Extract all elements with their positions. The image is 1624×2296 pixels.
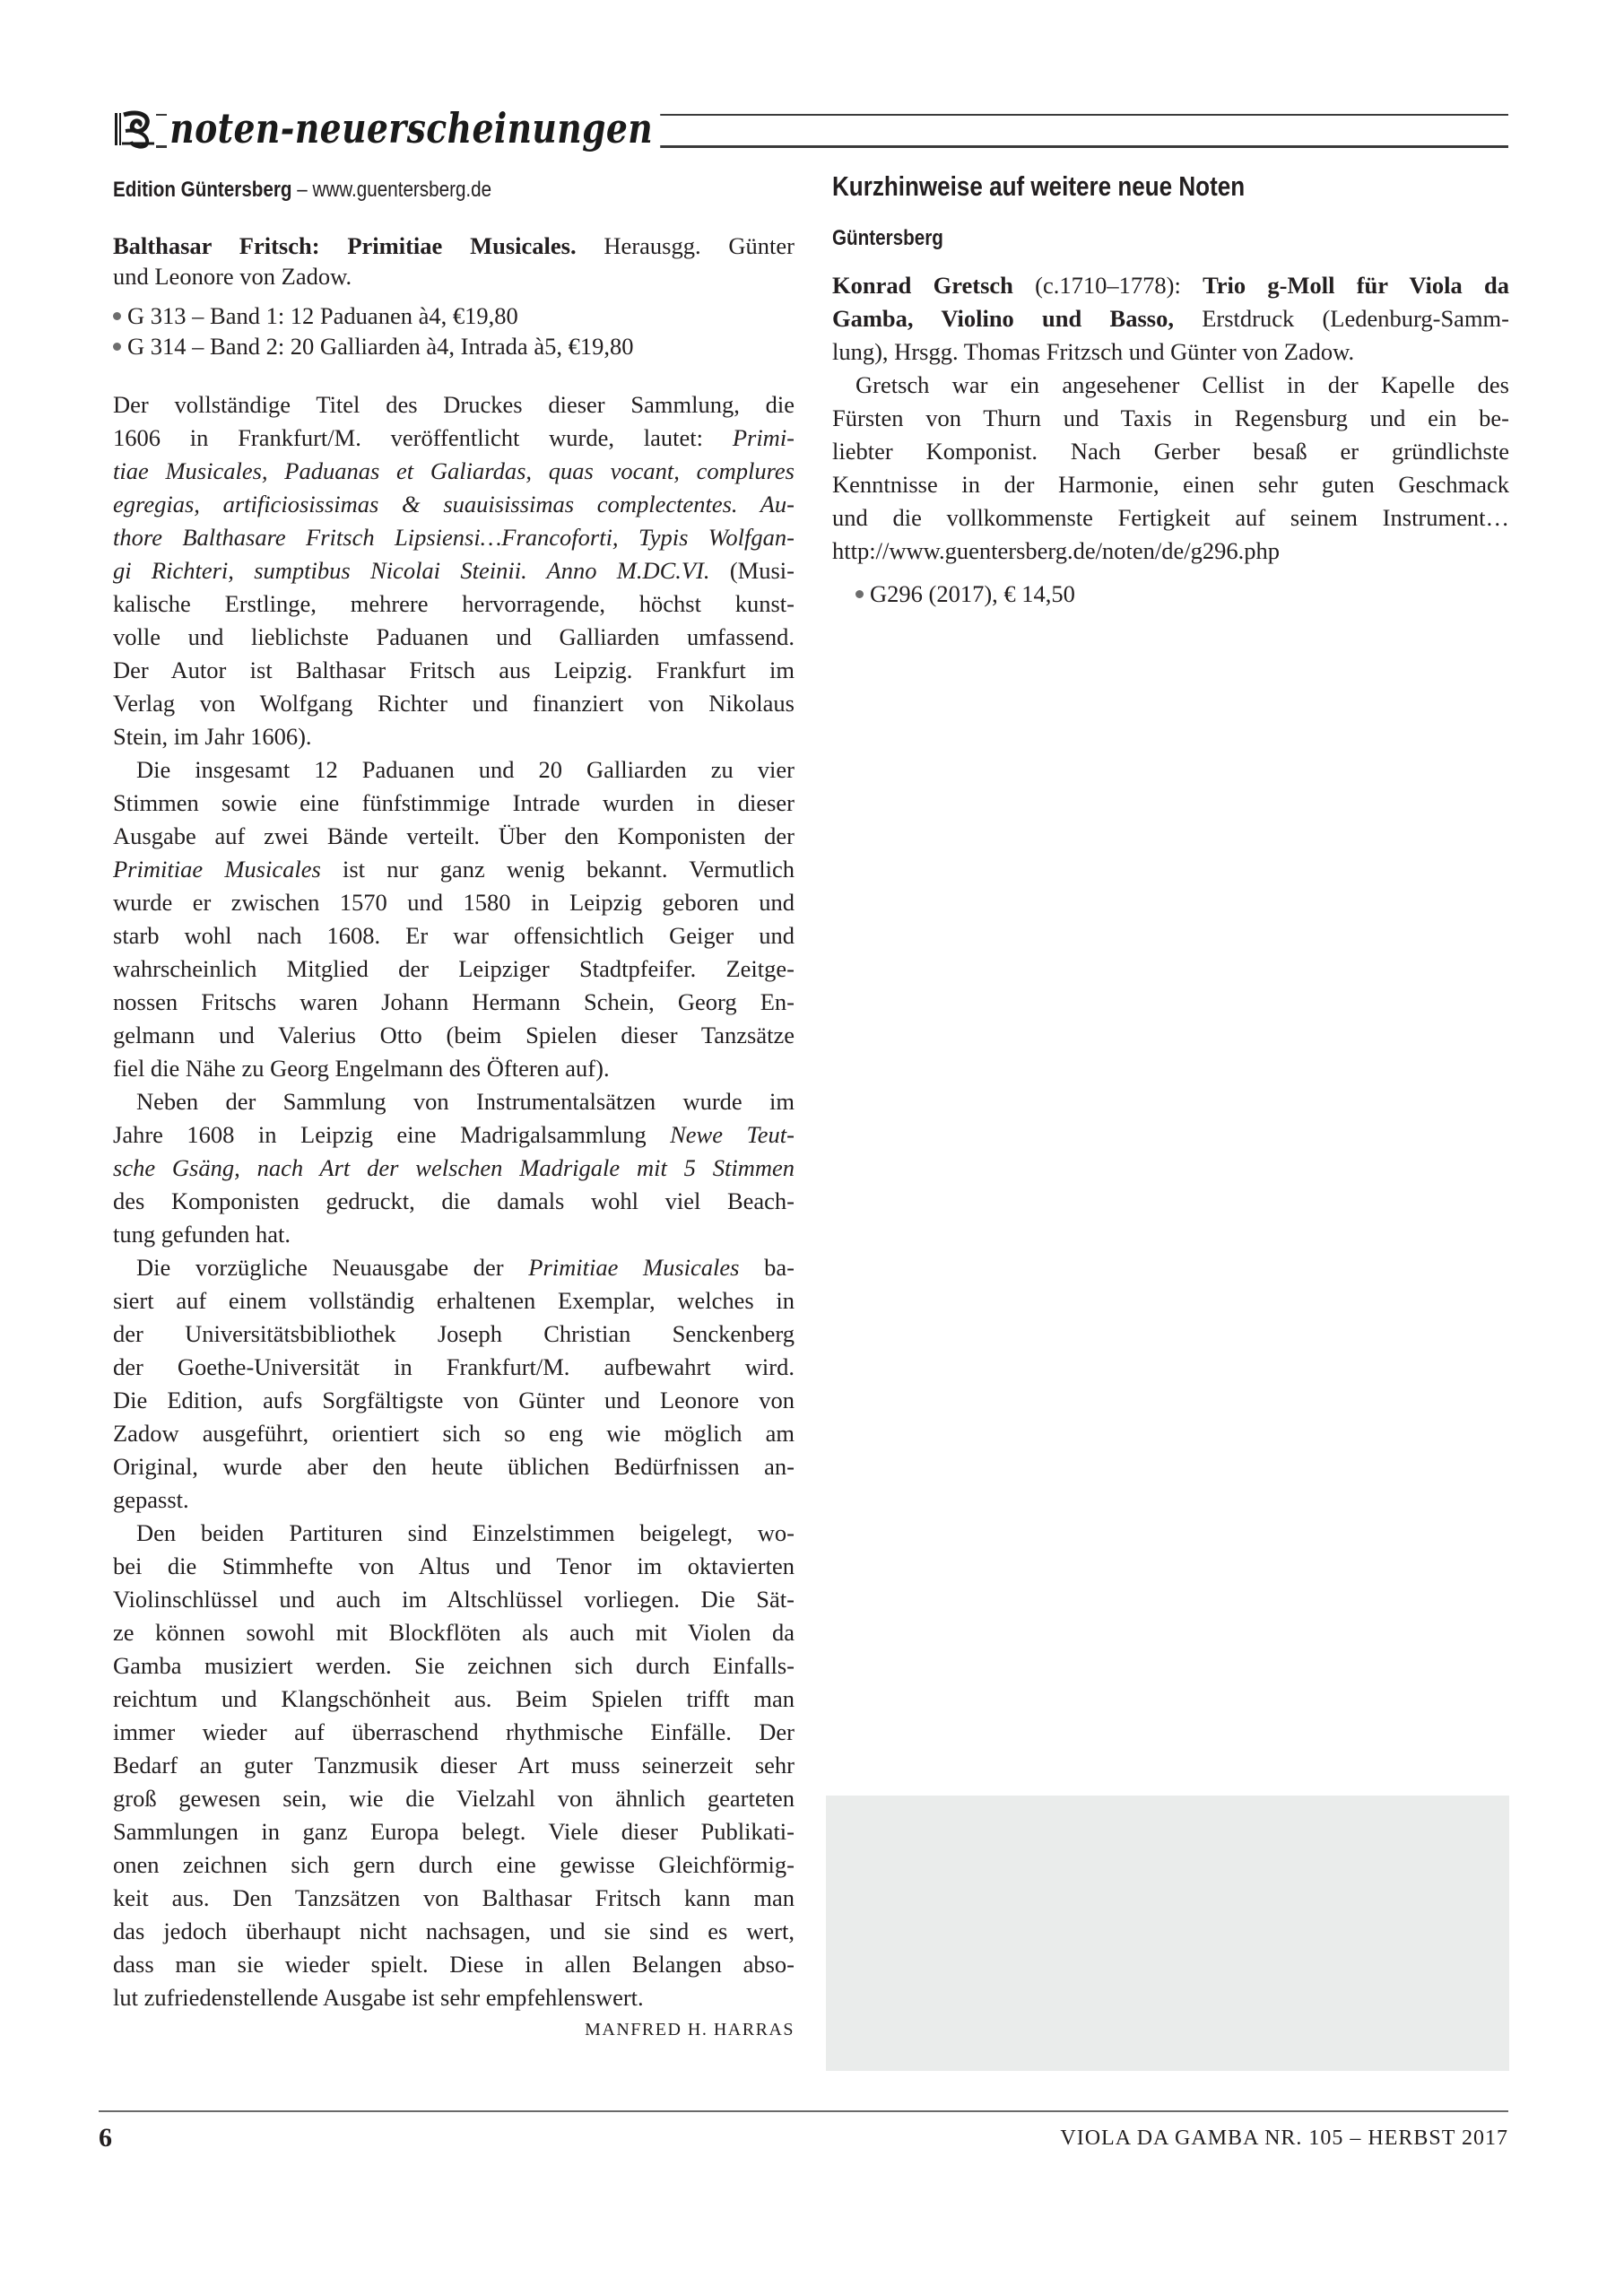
text-line: Neben der Sammlung von Instrumentalsätze… bbox=[113, 1085, 795, 1118]
text-line: kalische Erstlinge, mehrere hervorragend… bbox=[113, 587, 795, 621]
text-line: der Goethe-Universität in Frankfurt/M. a… bbox=[113, 1351, 795, 1384]
viola-scroll-icon bbox=[113, 108, 156, 149]
text-run: bei die Stimmhefte von Altus und Tenor i… bbox=[113, 1552, 795, 1579]
text-line: nossen Fritschs waren Johann Hermann Sch… bbox=[113, 986, 795, 1019]
section-title: noten-neuerscheinungen bbox=[167, 100, 660, 156]
italic-run: Primi- bbox=[733, 424, 795, 451]
text-run: Gamba musiziert werden. Sie zeichnen sic… bbox=[113, 1652, 795, 1679]
text-run: Stimmen sowie eine fünfstimmige Intrade … bbox=[113, 789, 795, 816]
text-run: Verlag von Wolfgang Richter und finanzie… bbox=[113, 690, 795, 717]
text-run: lung), Hrsgg. Thomas Fritzsch und Günter… bbox=[832, 338, 1354, 365]
text-line: liebter Komponist. Nach Gerber besaß er … bbox=[832, 435, 1509, 468]
text-line: wurde er zwischen 1570 und 1580 in Leipz… bbox=[113, 886, 795, 919]
short-notes-column: Kurzhinweise auf weitere neue Noten Günt… bbox=[832, 176, 1509, 609]
text-line: Jahre 1608 in Leipzig eine Madrigalsamml… bbox=[113, 1118, 795, 1152]
text-line: sche Gsäng, nach Art der welschen Madrig… bbox=[113, 1152, 795, 1185]
text-line: bei die Stimmhefte von Altus und Tenor i… bbox=[113, 1550, 795, 1583]
text-line: gi Richteri, sumptibus Nicolai Steinii. … bbox=[113, 554, 795, 587]
text-line: gepasst. bbox=[113, 1483, 795, 1517]
bullet-icon bbox=[113, 312, 121, 320]
text-run: liebter Komponist. Nach Gerber besaß er … bbox=[832, 438, 1509, 465]
text-run: Neben der Sammlung von Instrumentalsätze… bbox=[136, 1088, 795, 1115]
text-run: Gretsch war ein angesehener Cellist in d… bbox=[855, 371, 1509, 398]
text-line: egregias, artificiosissimas & suauisissi… bbox=[113, 488, 795, 521]
text-line: tung gefunden hat. bbox=[113, 1218, 795, 1251]
text-run: Kenntnisse in der Harmonie, einen sehr g… bbox=[832, 471, 1509, 498]
text-run: Ausgabe auf zwei Bände verteilt. Über de… bbox=[113, 822, 795, 849]
short-notes-heading: Kurzhinweise auf weitere neue Noten bbox=[832, 169, 1401, 204]
text-run: Erstdruck (Ledenburg-Samm- bbox=[1174, 305, 1509, 332]
text-line: Kenntnisse in der Harmonie, einen sehr g… bbox=[832, 468, 1509, 501]
italic-run: sche Gsäng, nach Art der welschen Madrig… bbox=[113, 1154, 795, 1181]
italic-run: tiae Musicales, Paduanas et Galiardas, q… bbox=[113, 457, 795, 484]
bold-run: Konrad Gretsch bbox=[832, 272, 1013, 299]
text-line: Die vorzügliche Neuausgabe der Primitiae… bbox=[113, 1251, 795, 1284]
text-line: keit aus. Den Tanzsätzen von Balthasar F… bbox=[113, 1882, 795, 1915]
product-item: G 313 – Band 1: 12 Paduanen à4, €19,80 bbox=[113, 300, 795, 331]
text-line: Gamba, Violino und Basso, Erstdruck (Led… bbox=[832, 302, 1509, 335]
text-run: Den beiden Partituren sind Einzelstimmen… bbox=[136, 1519, 795, 1546]
text-run: der Universitätsbibliothek Joseph Christ… bbox=[113, 1320, 795, 1347]
bullet-icon bbox=[113, 343, 121, 351]
text-run: gepasst. bbox=[113, 1486, 189, 1513]
text-run: volle und lieblichste Paduanen und Galli… bbox=[113, 623, 795, 650]
text-run: Die vorzügliche Neuausgabe der bbox=[136, 1254, 528, 1281]
text-line: Verlag von Wolfgang Richter und finanzie… bbox=[113, 687, 795, 720]
italic-run: gi Richteri, sumptibus Nicolai Steinii. … bbox=[113, 557, 710, 584]
product-item: G296 (2017), € 14,50 bbox=[832, 578, 1509, 609]
text-line: Fürsten von Thurn und Taxis in Regensbur… bbox=[832, 402, 1509, 435]
text-run: fiel die Nähe zu Georg Engelmann des Öft… bbox=[113, 1055, 610, 1082]
text-run: Stein, im Jahr 1606). bbox=[113, 723, 312, 750]
text-run: tung gefunden hat. bbox=[113, 1221, 291, 1248]
text-run: Bedarf an guter Tanzmusik dieser Art mus… bbox=[113, 1752, 795, 1779]
text-line: Den beiden Partituren sind Einzelstimmen… bbox=[113, 1517, 795, 1550]
review-column: Edition Güntersberg – www.guentersberg.d… bbox=[113, 176, 795, 2045]
text-line: Der Autor ist Balthasar Fritsch aus Leip… bbox=[113, 654, 795, 687]
text-line: lut zufriedenstellende Ausgabe ist sehr … bbox=[113, 1981, 795, 2014]
text-line: groß gewesen sein, wie die Vielzahl von … bbox=[113, 1782, 795, 1815]
bold-run: Gamba, Violino und Basso, bbox=[832, 305, 1174, 332]
publisher-name: Edition Güntersberg bbox=[113, 178, 292, 202]
text-run: (c.1710–1778): bbox=[1013, 272, 1203, 299]
text-line: Bedarf an guter Tanzmusik dieser Art mus… bbox=[113, 1749, 795, 1782]
text-line: fiel die Nähe zu Georg Engelmann des Öft… bbox=[113, 1052, 795, 1085]
text-run: kalische Erstlinge, mehrere hervorragend… bbox=[113, 590, 795, 617]
entry-title: Balthasar Fritsch: Primitiae Musicales. … bbox=[113, 230, 795, 263]
text-line: Stimmen sowie eine fünfstimmige Intrade … bbox=[113, 787, 795, 820]
bullet-icon bbox=[855, 590, 864, 598]
text-run: Der Autor ist Balthasar Fritsch aus Leip… bbox=[113, 657, 795, 683]
text-run: starb wohl nach 1608. Er war offensichtl… bbox=[113, 922, 795, 949]
text-run: Original, wurde aber den heute üblichen … bbox=[113, 1453, 795, 1480]
product-item: G 314 – Band 2: 20 Galliarden à4, Intrad… bbox=[113, 331, 795, 361]
text-run: Der vollständige Titel des Druckes diese… bbox=[113, 391, 795, 418]
text-line: der Universitätsbibliothek Joseph Christ… bbox=[113, 1318, 795, 1351]
text-line: Zadow ausgeführt, orientiert sich so eng… bbox=[113, 1417, 795, 1450]
text-line: lung), Hrsgg. Thomas Fritzsch und Günter… bbox=[832, 335, 1509, 369]
text-run: wurde er zwischen 1570 und 1580 in Leipz… bbox=[113, 889, 795, 916]
text-run: Sammlungen in ganz Europa belegt. Viele … bbox=[113, 1818, 795, 1845]
italic-run: egregias, artificiosissimas & suauisissi… bbox=[113, 491, 795, 517]
text-run: lut zufriedenstellende Ausgabe ist sehr … bbox=[113, 1984, 644, 2011]
author-signature: MANFRED H. HARRAS bbox=[113, 2014, 795, 2045]
text-line: gelmann und Valerius Otto (beim Spielen … bbox=[113, 1019, 795, 1052]
text-run: ist nur ganz wenig bekannt. Vermutlich bbox=[321, 856, 795, 883]
text-run: des Komponisten gedruckt, die damals woh… bbox=[113, 1187, 795, 1214]
text-line: Konrad Gretsch (c.1710–1778): Trio g-Mol… bbox=[832, 269, 1509, 302]
image-placeholder bbox=[826, 1796, 1509, 2071]
text-line: Stein, im Jahr 1606). bbox=[113, 720, 795, 753]
text-line: siert auf einem vollständig erhaltenen E… bbox=[113, 1284, 795, 1318]
text-run: gelmann und Valerius Otto (beim Spielen … bbox=[113, 1022, 795, 1048]
entry-title-bold: Balthasar Fritsch: Primitiae Musicales. bbox=[113, 232, 577, 259]
text-line: immer wieder auf überraschend rhythmisch… bbox=[113, 1716, 795, 1749]
text-line: Primitiae Musicales ist nur ganz wenig b… bbox=[113, 853, 795, 886]
text-line: reichtum und Klangschönheit aus. Beim Sp… bbox=[113, 1683, 795, 1716]
publisher-line: Edition Güntersberg – www.guentersberg.d… bbox=[113, 176, 699, 204]
text-run: der Goethe-Universität in Frankfurt/M. a… bbox=[113, 1353, 795, 1380]
text-line: Gretsch war ein angesehener Cellist in d… bbox=[832, 369, 1509, 402]
text-line: onen zeichnen sich gern durch eine gewis… bbox=[113, 1848, 795, 1882]
italic-run: Primitiae Musicales bbox=[528, 1254, 739, 1281]
page-number: 6 bbox=[99, 2123, 112, 2153]
text-run: Die Edition, aufs Sorgfältigste von Günt… bbox=[113, 1387, 795, 1413]
text-line: starb wohl nach 1608. Er war offensichtl… bbox=[113, 919, 795, 952]
text-run: das jedoch überhaupt nicht nachsagen, un… bbox=[113, 1918, 795, 1944]
issue-info: VIOLA DA GAMBA NR. 105 – HERBST 2017 bbox=[1060, 2126, 1508, 2151]
section-header: noten-neuerscheinungen bbox=[113, 106, 1508, 152]
text-line: dass man sie wieder spielt. Diese in all… bbox=[113, 1948, 795, 1981]
text-run: ba- bbox=[740, 1254, 795, 1281]
text-run: keit aus. Den Tanzsätzen von Balthasar F… bbox=[113, 1884, 795, 1911]
text-line: Die insgesamt 12 Paduanen und 20 Galliar… bbox=[113, 753, 795, 787]
italic-run: Primitiae Musicales bbox=[113, 856, 321, 883]
text-line: 1606 in Frankfurt/M. veröffentlicht wurd… bbox=[113, 422, 795, 455]
text-line: http://www.guentersberg.de/noten/de/g296… bbox=[832, 535, 1509, 568]
short-note-body: Konrad Gretsch (c.1710–1778): Trio g-Mol… bbox=[832, 269, 1509, 568]
product-item-text: G296 (2017), € 14,50 bbox=[870, 580, 1075, 607]
text-run: Jahre 1608 in Leipzig eine Madrigalsamml… bbox=[113, 1121, 670, 1148]
text-run: Fürsten von Thurn und Taxis in Regensbur… bbox=[832, 404, 1509, 431]
text-line: Der vollständige Titel des Druckes diese… bbox=[113, 388, 795, 422]
text-run: Die insgesamt 12 Paduanen und 20 Galliar… bbox=[136, 756, 795, 783]
text-line: Sammlungen in ganz Europa belegt. Viele … bbox=[113, 1815, 795, 1848]
text-line: Ausgabe auf zwei Bände verteilt. Über de… bbox=[113, 820, 795, 853]
text-run: Zadow ausgeführt, orientiert sich so eng… bbox=[113, 1420, 795, 1447]
text-run: immer wieder auf überraschend rhythmisch… bbox=[113, 1718, 795, 1745]
text-run: nossen Fritschs waren Johann Hermann Sch… bbox=[113, 988, 795, 1015]
publisher-subheading: Güntersberg bbox=[832, 224, 1414, 253]
entry-title-line2: und Leonore von Zadow. bbox=[113, 263, 795, 300]
italic-run: thore Balthasare Fritsch Lipsiensi…Franc… bbox=[113, 524, 795, 551]
entry-title-editors: Herausgg. Günter bbox=[577, 232, 795, 259]
text-run: und die vollkommenste Fertigkeit auf sei… bbox=[832, 504, 1509, 531]
page-footer: 6 VIOLA DA GAMBA NR. 105 – HERBST 2017 bbox=[99, 2110, 1508, 2112]
text-run: wahrscheinlich Mitglied der Leipziger St… bbox=[113, 955, 795, 982]
review-body: Der vollständige Titel des Druckes diese… bbox=[113, 388, 795, 2014]
product-item-text: G 314 – Band 2: 20 Galliarden à4, Intrad… bbox=[127, 333, 633, 360]
text-line: ze können sowohl mit Blockflöten als auc… bbox=[113, 1616, 795, 1649]
bold-run: Trio g-Moll für Viola da bbox=[1203, 272, 1509, 299]
text-line: des Komponisten gedruckt, die damals woh… bbox=[113, 1185, 795, 1218]
text-line: thore Balthasare Fritsch Lipsiensi…Franc… bbox=[113, 521, 795, 554]
text-run: http://www.guentersberg.de/noten/de/g296… bbox=[832, 537, 1280, 564]
text-run: Violinschlüssel und auch im Altschlüssel… bbox=[113, 1586, 795, 1613]
text-line: Original, wurde aber den heute üblichen … bbox=[113, 1450, 795, 1483]
text-line: volle und lieblichste Paduanen und Galli… bbox=[113, 621, 795, 654]
text-run: groß gewesen sein, wie die Vielzahl von … bbox=[113, 1785, 795, 1812]
text-run: ze können sowohl mit Blockflöten als auc… bbox=[113, 1619, 795, 1646]
text-line: wahrscheinlich Mitglied der Leipziger St… bbox=[113, 952, 795, 986]
text-run: (Musi- bbox=[710, 557, 795, 584]
text-run: siert auf einem vollständig erhaltenen E… bbox=[113, 1287, 795, 1314]
product-item-text: G 313 – Band 1: 12 Paduanen à4, €19,80 bbox=[127, 302, 518, 329]
text-line: das jedoch überhaupt nicht nachsagen, un… bbox=[113, 1915, 795, 1948]
text-line: und die vollkommenste Fertigkeit auf sei… bbox=[832, 501, 1509, 535]
italic-run: Newe Teut- bbox=[670, 1121, 795, 1148]
text-run: onen zeichnen sich gern durch eine gewis… bbox=[113, 1851, 795, 1878]
text-run: 1606 in Frankfurt/M. veröffentlicht wurd… bbox=[113, 424, 733, 451]
text-line: tiae Musicales, Paduanas et Galiardas, q… bbox=[113, 455, 795, 488]
text-line: Violinschlüssel und auch im Altschlüssel… bbox=[113, 1583, 795, 1616]
text-run: reichtum und Klangschönheit aus. Beim Sp… bbox=[113, 1685, 795, 1712]
publisher-url: – www.guentersberg.de bbox=[292, 178, 492, 202]
text-line: Die Edition, aufs Sorgfältigste von Günt… bbox=[113, 1384, 795, 1417]
footer-rule bbox=[99, 2110, 1508, 2112]
text-run: dass man sie wieder spielt. Diese in all… bbox=[113, 1951, 795, 1978]
text-line: Gamba musiziert werden. Sie zeichnen sic… bbox=[113, 1649, 795, 1683]
